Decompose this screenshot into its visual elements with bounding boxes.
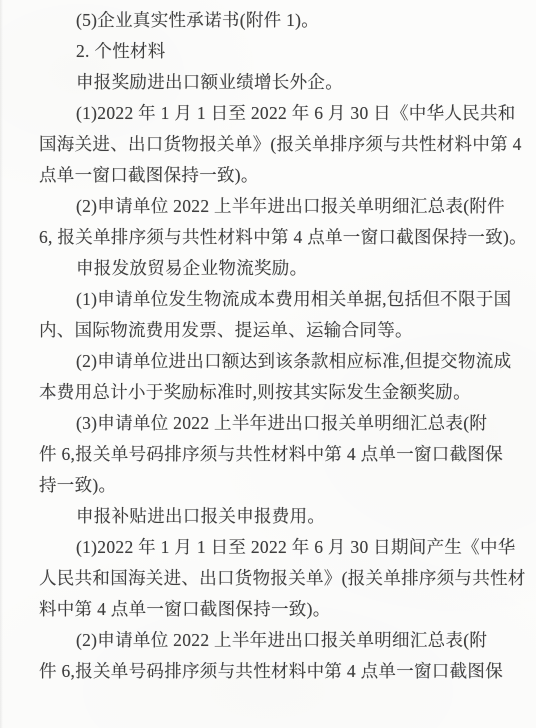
document-page: (5)企业真实性承诺书(附件 1)。 2. 个性材料 申报奖励进出口额业绩增长外… (0, 0, 536, 728)
text-line: 申报发放贸易企业物流奖励。 (39, 253, 529, 284)
text-line: 持一致)。 (39, 470, 529, 501)
text-line: 申报补贴进出口报关申报费用。 (39, 501, 529, 532)
text-line: 国海关进、出口货物报关单》(报关单排序须与共性材料中第 4 (39, 129, 529, 160)
text-line: (2)申请单位 2022 上半年进出口报关单明细汇总表(附件 (39, 191, 529, 222)
text-line: (2)申请单位 2022 上半年进出口报关单明细汇总表(附 (39, 625, 529, 656)
text-line: 6, 报关单排序须与共性材料中第 4 点单一窗口截图保持一致)。 (39, 222, 529, 253)
text-line: 本费用总计小于奖励标准时,则按其实际发生金额奖励。 (39, 377, 529, 408)
text-line: (3)申请单位 2022 上半年进出口报关单明细汇总表(附 (39, 408, 529, 439)
text-line: (1)2022 年 1 月 1 日至 2022 年 6 月 30 日期间产生《中… (39, 532, 529, 563)
text-line: (1)申请单位发生物流成本费用相关单据,包括但不限于国 (39, 284, 529, 315)
text-line: 内、国际物流费用发票、提运单、运输合同等。 (39, 315, 529, 346)
text-line: 件 6,报关单号码排序须与共性材料中第 4 点单一窗口截图保 (39, 439, 529, 470)
text-line: 人民共和国海关进、出口货物报关单》(报关单排序须与共性材 (39, 563, 529, 594)
text-block: (5)企业真实性承诺书(附件 1)。 2. 个性材料 申报奖励进出口额业绩增长外… (39, 5, 529, 687)
text-line: 点单一窗口截图保持一致)。 (39, 160, 529, 191)
text-line: 申报奖励进出口额业绩增长外企。 (39, 67, 529, 98)
text-line: (2)申请单位进出口额达到该条款相应标准,但提交物流成 (39, 346, 529, 377)
scan-edge-shadow (0, 0, 3, 728)
text-line: 件 6,报关单号码排序须与共性材料中第 4 点单一窗口截图保 (39, 656, 529, 687)
text-line: 2. 个性材料 (39, 36, 529, 67)
text-line: 料中第 4 点单一窗口截图保持一致)。 (39, 594, 529, 625)
text-line: (1)2022 年 1 月 1 日至 2022 年 6 月 30 日《中华人民共… (39, 98, 529, 129)
text-line: (5)企业真实性承诺书(附件 1)。 (39, 5, 529, 36)
